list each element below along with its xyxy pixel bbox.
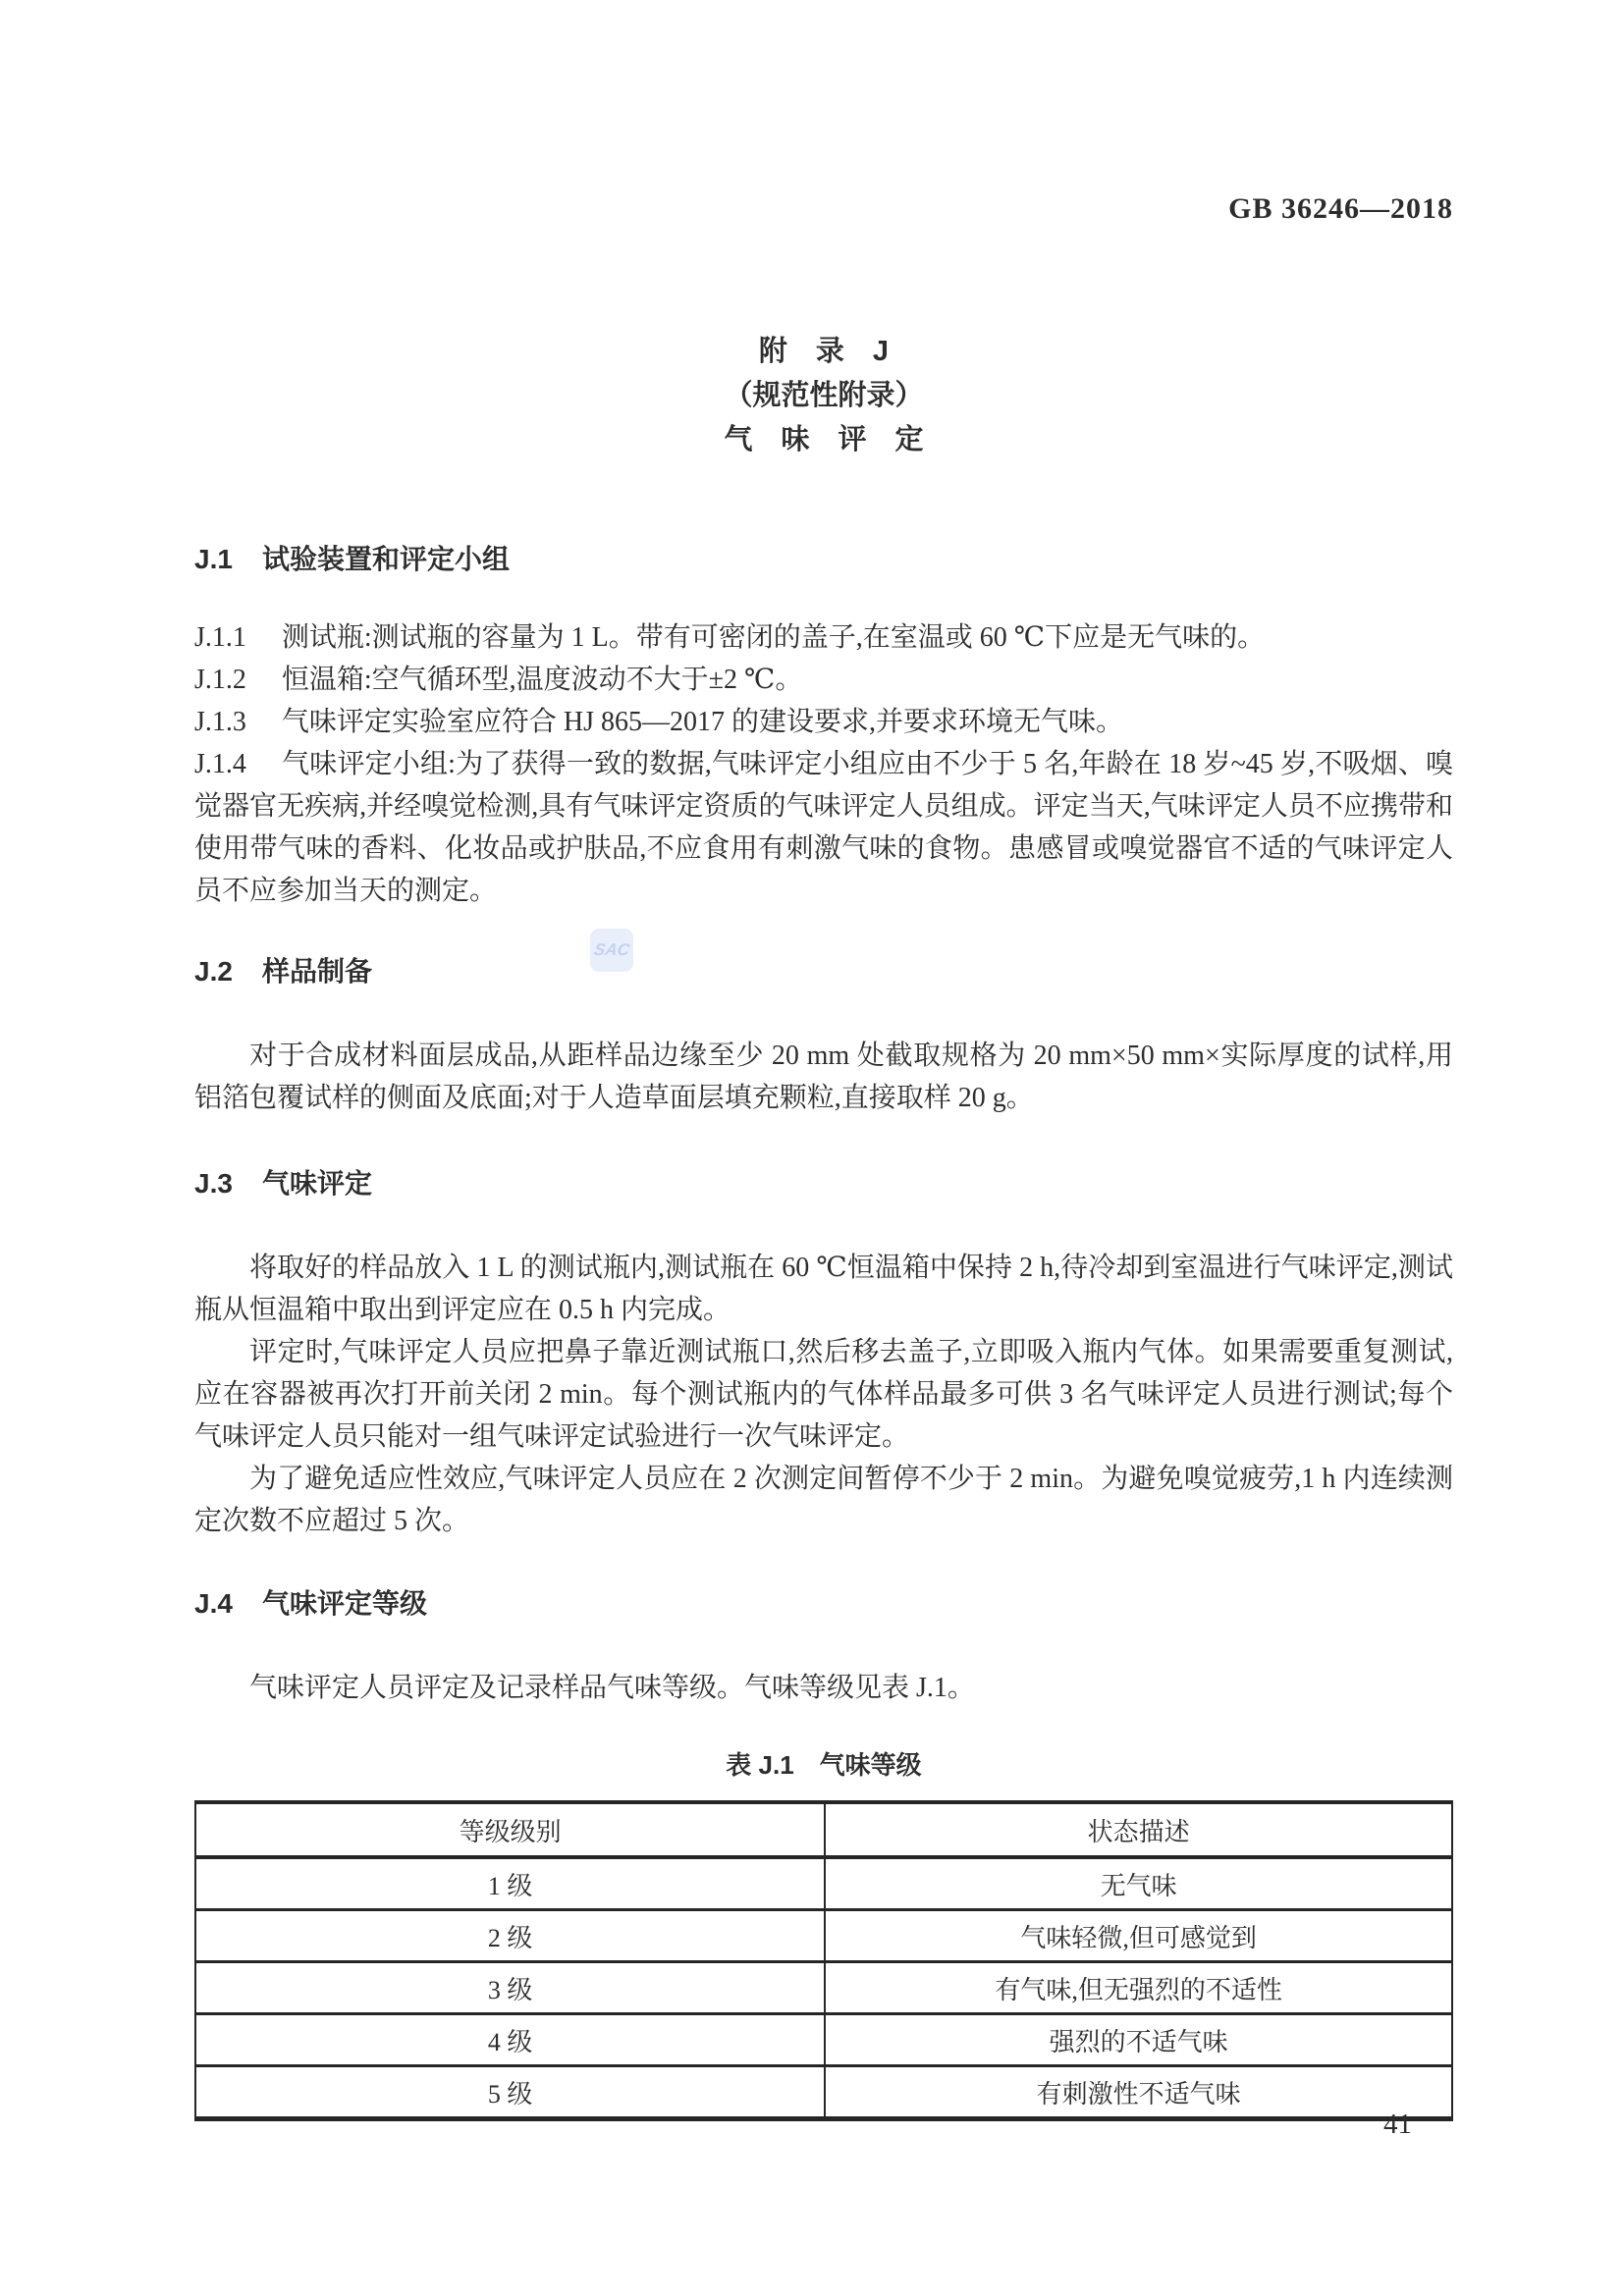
clause-number: J.1.3	[194, 707, 246, 737]
table-caption: 表 J.1气味等级	[194, 1745, 1453, 1782]
table-row: 5 级 有刺激性不适气味	[195, 2066, 1452, 2119]
appendix-title-line3: 气 味 评 定	[194, 418, 1453, 462]
table-cell-grade: 5 级	[195, 2066, 825, 2119]
section-j1-clauses: J.1.1测试瓶:测试瓶的容量为 1 L。带有可密闭的盖子,在室温或 60 ℃下…	[194, 616, 1453, 912]
page-number: 41	[1383, 2109, 1412, 2141]
section-heading-j3: J.3气味评定	[194, 1162, 372, 1201]
section-number: J.2	[194, 956, 233, 987]
sac-watermark: SAC	[590, 929, 633, 972]
document-page: GB 36246—2018 SAC 附 录 J （规范性附录） 气 味 评 定 …	[0, 0, 1624, 2296]
clause-text: 测试瓶:测试瓶的容量为 1 L。带有可密闭的盖子,在室温或 60 ℃下应是无气味…	[282, 622, 1265, 653]
section-heading-j1: J.1试验装置和评定小组	[194, 538, 510, 577]
section-heading-j2: J.2样品制备	[194, 950, 372, 989]
clause-number: J.1.4	[194, 749, 246, 779]
appendix-title-line1: 附 录 J	[194, 330, 1453, 374]
section-j2-body: 对于合成材料面层成品,从距样品边缘至少 20 mm 处截取规格为 20 mm×5…	[194, 1035, 1453, 1119]
clause-text: 气味评定实验室应符合 HJ 865—2017 的建设要求,并要求环境无气味。	[282, 707, 1123, 737]
clause-j1-4: J.1.4气味评定小组:为了获得一致的数据,气味评定小组应由不少于 5 名,年龄…	[194, 743, 1453, 912]
odor-grade-table: 等级级别 状态描述 1 级 无气味 2 级 气味轻微,但可感觉到 3 级 有气味…	[194, 1800, 1453, 2121]
table-cell-grade: 4 级	[195, 2014, 825, 2066]
table-cell-description: 强烈的不适气味	[825, 2014, 1452, 2066]
table-caption-number: 表 J.1	[726, 1750, 793, 1780]
table-row: 3 级 有气味,但无强烈的不适性	[195, 1962, 1452, 2014]
paragraph: 为了避免适应性效应,气味评定人员应在 2 次测定间暂停不少于 2 min。为避免…	[194, 1458, 1453, 1542]
standard-code-header: GB 36246—2018	[1228, 192, 1453, 226]
clause-number: J.1.2	[194, 665, 246, 695]
paragraph: 评定时,气味评定人员应把鼻子靠近测试瓶口,然后移去盖子,立即吸入瓶内气体。如果需…	[194, 1331, 1453, 1458]
section-heading-j4: J.4气味评定等级	[194, 1582, 427, 1622]
table-row: 4 级 强烈的不适气味	[195, 2014, 1452, 2066]
clause-number: J.1.1	[194, 622, 246, 653]
section-number: J.1	[194, 544, 233, 574]
section-title: 样品制备	[262, 956, 372, 987]
section-j4-body: 气味评定人员评定及记录样品气味等级。气味等级见表 J.1。	[194, 1667, 1453, 1709]
table-caption-title: 气味等级	[820, 1750, 922, 1780]
clause-text: 气味评定小组:为了获得一致的数据,气味评定小组应由不少于 5 名,年龄在 18 …	[194, 749, 1453, 906]
appendix-title-line2: （规范性附录）	[194, 374, 1453, 418]
clause-j1-3: J.1.3气味评定实验室应符合 HJ 865—2017 的建设要求,并要求环境无…	[194, 701, 1453, 743]
table-row: 2 级 气味轻微,但可感觉到	[195, 1910, 1452, 1962]
table-cell-grade: 3 级	[195, 1962, 825, 2014]
appendix-title-block: 附 录 J （规范性附录） 气 味 评 定	[194, 330, 1453, 462]
section-j3-body: 将取好的样品放入 1 L 的测试瓶内,测试瓶在 60 ℃恒温箱中保持 2 h,待…	[194, 1247, 1453, 1542]
clause-j1-1: J.1.1测试瓶:测试瓶的容量为 1 L。带有可密闭的盖子,在室温或 60 ℃下…	[194, 616, 1453, 659]
clause-j1-2: J.1.2恒温箱:空气循环型,温度波动不大于±2 ℃。	[194, 659, 1453, 701]
table-row: 1 级 无气味	[195, 1857, 1452, 1910]
section-title: 气味评定	[262, 1168, 372, 1199]
table-header-grade: 等级级别	[195, 1802, 825, 1857]
paragraph: 气味评定人员评定及记录样品气味等级。气味等级见表 J.1。	[194, 1667, 1453, 1709]
table-cell-grade: 1 级	[195, 1857, 825, 1910]
table-header-row: 等级级别 状态描述	[195, 1802, 1452, 1857]
table-header-description: 状态描述	[825, 1802, 1452, 1857]
table-cell-description: 气味轻微,但可感觉到	[825, 1910, 1452, 1962]
table-cell-description: 无气味	[825, 1857, 1452, 1910]
section-number: J.3	[194, 1168, 233, 1199]
table-cell-grade: 2 级	[195, 1910, 825, 1962]
section-title: 气味评定等级	[262, 1588, 427, 1619]
clause-text: 恒温箱:空气循环型,温度波动不大于±2 ℃。	[282, 665, 802, 695]
table-cell-description: 有刺激性不适气味	[825, 2066, 1452, 2119]
section-title: 试验装置和评定小组	[262, 544, 510, 574]
table-cell-description: 有气味,但无强烈的不适性	[825, 1962, 1452, 2014]
section-number: J.4	[194, 1588, 233, 1619]
paragraph: 对于合成材料面层成品,从距样品边缘至少 20 mm 处截取规格为 20 mm×5…	[194, 1035, 1453, 1119]
paragraph: 将取好的样品放入 1 L 的测试瓶内,测试瓶在 60 ℃恒温箱中保持 2 h,待…	[194, 1247, 1453, 1331]
sac-watermark-text: SAC	[592, 940, 630, 960]
